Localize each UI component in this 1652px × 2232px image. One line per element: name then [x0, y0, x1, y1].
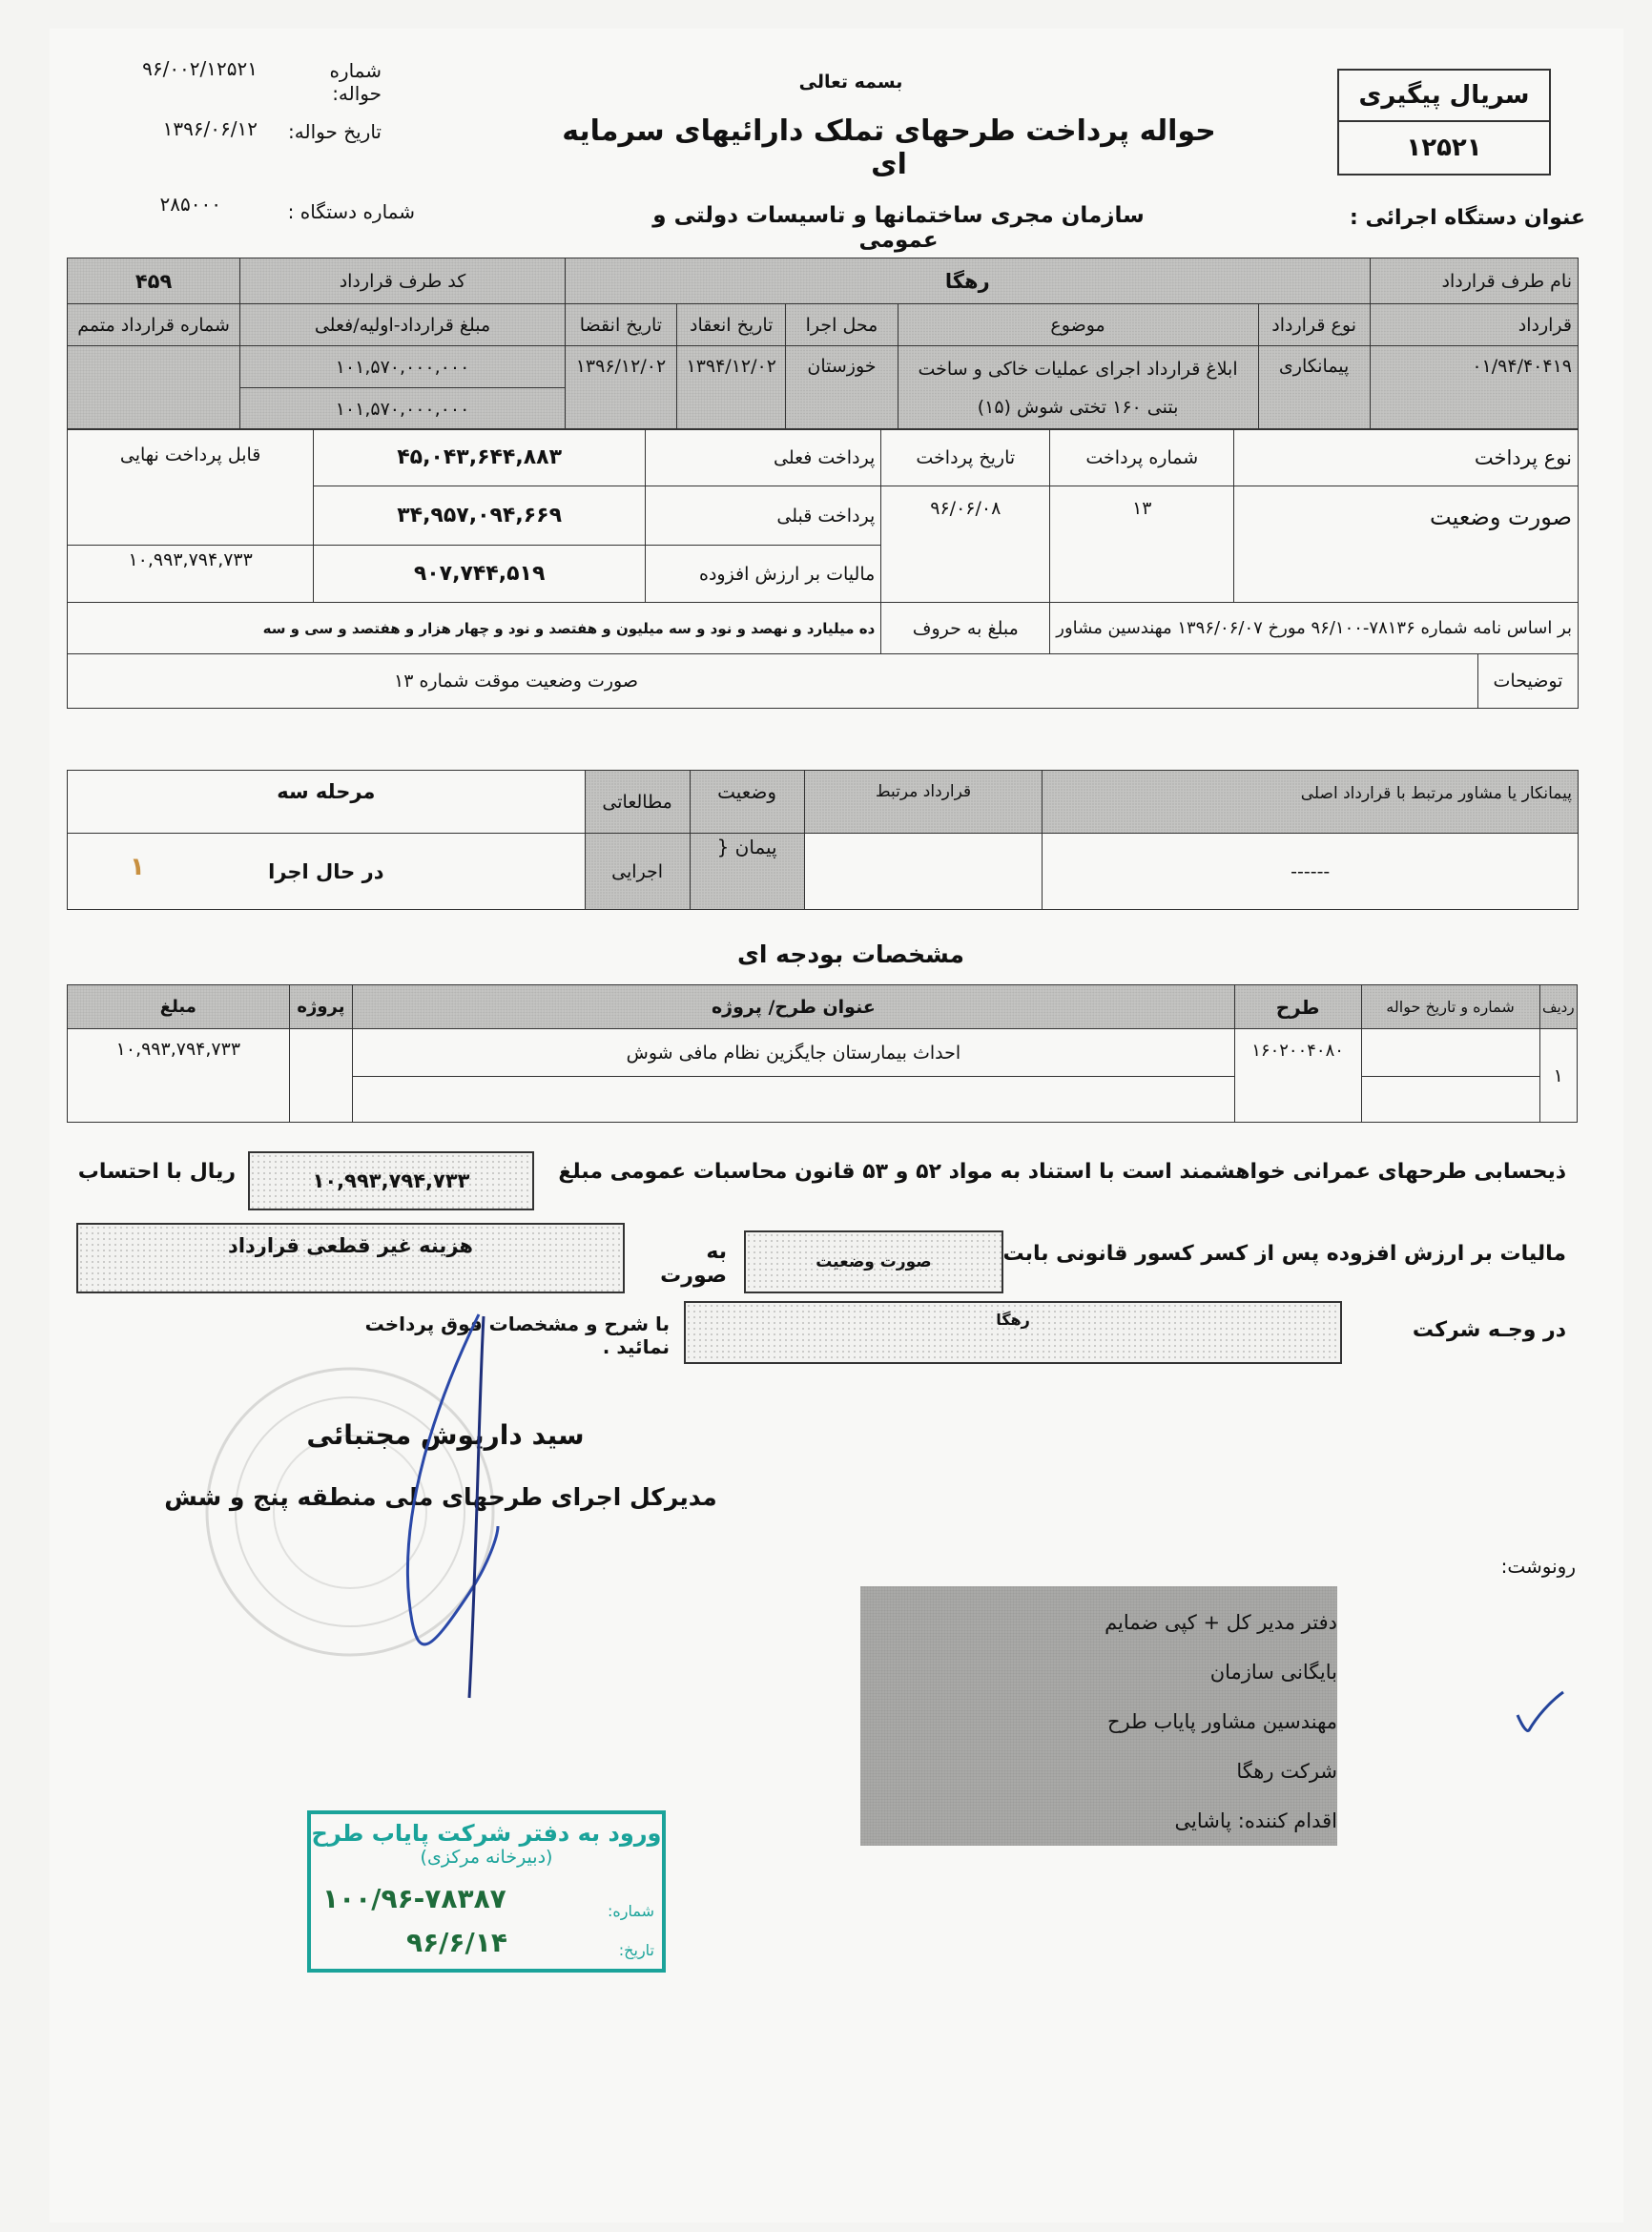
- execution-label: اجرایی: [585, 834, 690, 910]
- related-contractor-label: پیمانکار یا مشاور مرتبط با قرارداد اصلی: [1043, 771, 1579, 834]
- col-location: محل اجرا: [786, 304, 898, 346]
- description: صورت وضعیت موقت شماره ۱۳: [68, 654, 1477, 708]
- expiry-date: ۱۳۹۶/۱۲/۰۲: [565, 346, 676, 430]
- instruction-line1: ذیحسابی طرحهای عمرانی خواهشمند است با اس…: [546, 1160, 1566, 1184]
- col-plan-title: عنوان طرح/ پروژه: [353, 985, 1234, 1029]
- remittance-date-label: تاریخ حواله:: [286, 120, 382, 143]
- col-plan: طرح: [1234, 985, 1361, 1029]
- party-code-label: کد طرف قرارداد: [240, 258, 566, 304]
- agency-number: ۲۸۵۰۰۰: [107, 193, 221, 216]
- budget-title: مشخصات بودجه ای: [622, 940, 1080, 968]
- status-sub: پیمان {: [690, 834, 804, 910]
- related-contract: [804, 834, 1043, 910]
- party-name: رهگا: [565, 258, 1370, 304]
- cc-item: مهندسین مشاور پایاب طرح: [1099, 1697, 1337, 1746]
- col-remittance-no-date: شماره و تاریخ حواله: [1361, 985, 1539, 1029]
- contract-number: ۰۱/۹۴/۴۰۴۱۹: [1370, 346, 1578, 430]
- budget-row-number: ۱: [1539, 1029, 1577, 1123]
- final-payable-label: قابل پرداخت نهایی: [68, 429, 314, 546]
- serial-value: ۱۲۵۲۱: [1339, 122, 1549, 174]
- instruction-line1-suffix: ریال با احتساب: [59, 1160, 236, 1184]
- contract-subject: ابلاغ قرارداد اجرای عملیات خاکی و ساخت ب…: [898, 346, 1258, 430]
- col-project: پروژه: [289, 985, 352, 1029]
- stamp-number-label: شماره:: [608, 1902, 654, 1920]
- stamp-date: ۹۶/۶/۱۴: [406, 1927, 507, 1958]
- agency-title: سازمان مجری ساختمانها و تاسیسات دولتی و …: [622, 203, 1175, 253]
- payment-date-label: تاریخ پرداخت: [881, 429, 1050, 486]
- checkmark-icon: [1514, 1688, 1566, 1736]
- budget-project: [289, 1029, 352, 1123]
- remittance-date: ۱۳۹۶/۰۶/۱۲: [95, 117, 258, 140]
- cc-item: اقدام کننده: پاشایی: [1099, 1796, 1337, 1846]
- remittance-document: سریال پیگیری ۱۲۵۲۱ بسمه تعالی حواله پردا…: [50, 29, 1623, 2222]
- contract-table: نام طرف قرارداد رهگا کد طرف قرارداد ۴۵۹ …: [67, 258, 1579, 430]
- budget-row: ۱ ۱۶۰۲۰۰۴۰۸۰ احداث بیمارستان جایگزین نظا…: [68, 1029, 1578, 1077]
- previous-payment: ۳۴,۹۵۷,۰۹۴,۶۶۹: [314, 486, 646, 546]
- current-payment: ۴۵,۰۴۳,۶۴۴,۸۸۳: [314, 429, 646, 486]
- amount-initial: ۱۰۱,۵۷۰,۰۰۰,۰۰۰: [240, 346, 566, 388]
- instruction-amount-field: ۱۰,۹۹۳,۷۹۴,۷۳۳: [248, 1151, 534, 1210]
- contract-type: پیمانکاری: [1258, 346, 1370, 430]
- payment-type-label: نوع پرداخت: [1234, 429, 1579, 486]
- cc-item: دفتر مدیر کل + کپی ضمایم: [1099, 1598, 1337, 1647]
- amount-words: ده میلیارد و نهصد و نود و سه میلیون و هف…: [68, 603, 881, 654]
- col-expiry-date: تاریخ انقضا: [565, 304, 676, 346]
- final-payable: ۱۰,۹۹۳,۷۹۴,۷۳۳: [68, 546, 314, 603]
- vat-amount: ۹۰۷,۷۴۴,۵۱۹: [314, 546, 646, 603]
- stage-value: در حال اجرا: [268, 860, 383, 883]
- cc-list: دفتر مدیر کل + کپی ضمایم بایگانی سازمان …: [1099, 1598, 1337, 1846]
- serial-box: سریال پیگیری ۱۲۵۲۱: [1337, 69, 1551, 176]
- col-amount: مبلغ قرارداد-اولیه/فعلی: [240, 304, 566, 346]
- payment-date: ۹۶/۰۶/۰۸: [881, 486, 1050, 603]
- budget-plan-title: احداث بیمارستان جایگزین نظام مافی شوش: [353, 1029, 1234, 1077]
- cc-item: شرکت رهگا: [1099, 1746, 1337, 1796]
- payment-table: نوع پرداخت شماره پرداخت تاریخ پرداخت پرد…: [67, 428, 1579, 709]
- instruction-line2: مالیات بر ارزش افزوده پس از کسر کسور قان…: [994, 1242, 1566, 1266]
- amount-current: ۱۰۱,۵۷۰,۰۰۰,۰۰۰: [240, 388, 566, 430]
- remittance-number: ۹۶/۰۰۲/۱۲۵۲۱: [95, 57, 258, 80]
- vat-label: مالیات بر ارزش افزوده: [645, 546, 880, 603]
- col-subject: موضوع: [898, 304, 1258, 346]
- budget-table: ردیف شماره و تاریخ حواله طرح عنوان طرح/ …: [67, 984, 1578, 1123]
- cc-item: بایگانی سازمان: [1099, 1647, 1337, 1697]
- invocation: بسمه تعالی: [774, 72, 927, 93]
- payment-number: ۱۳: [1050, 486, 1234, 603]
- agency-number-label: شماره دستگاه :: [272, 200, 415, 223]
- stamp-date-label: تاریخ:: [619, 1941, 654, 1959]
- contract-location: خوزستان: [786, 346, 898, 430]
- instruction-line2-mid: به صورت: [641, 1240, 727, 1288]
- stamp-line1: ورود به دفتر شرکت پایاب طرح: [311, 1820, 662, 1847]
- stage-label: مرحله سه: [68, 771, 586, 834]
- supplement-number: [68, 346, 240, 430]
- previous-payment-label: پرداخت قبلی: [645, 486, 880, 546]
- status-table: پیمانکار یا مشاور مرتبط با قرارداد اصلی …: [67, 770, 1579, 910]
- payment-number-label: شماره پرداخت: [1050, 429, 1234, 486]
- serial-label: سریال پیگیری: [1339, 71, 1549, 122]
- budget-plan-code: ۱۶۰۲۰۰۴۰۸۰: [1234, 1029, 1361, 1123]
- stage-mark: ۱: [130, 853, 145, 881]
- stamp-number: ۱۰۰/۹۶-۷۸۳۸۷: [322, 1883, 506, 1914]
- related-contractor: ------: [1043, 834, 1579, 910]
- payment-type: صورت وضعیت: [1234, 486, 1579, 603]
- company-field: رهگا: [684, 1301, 1342, 1364]
- col-contract: قرارداد: [1370, 304, 1578, 346]
- description-label: توضیحات: [1477, 654, 1578, 708]
- amount-words-label: مبلغ به حروف: [881, 603, 1050, 654]
- instruction-line3: در وجـه شرکت: [1356, 1318, 1566, 1342]
- status-label: وضعیت: [690, 771, 804, 834]
- current-payment-label: پرداخت فعلی: [645, 429, 880, 486]
- col-supplement: شماره قرارداد متمم: [68, 304, 240, 346]
- col-amount: مبلغ: [68, 985, 290, 1029]
- received-stamp: ورود به دفتر شرکت پایاب طرح (دبیرخانه مر…: [307, 1810, 666, 1973]
- col-conclusion-date: تاریخ انعقاد: [677, 304, 786, 346]
- party-name-label: نام طرف قرارداد: [1370, 258, 1578, 304]
- agency-title-label: عنوان دستگاه اجرائی :: [1318, 206, 1585, 230]
- col-row: ردیف: [1539, 985, 1577, 1029]
- budget-remittance: [1361, 1029, 1539, 1077]
- basis-text: بر اساس نامه شماره ۷۸۱۳۶-۹۶/۱۰۰ مورخ ۱۳۹…: [1050, 603, 1579, 654]
- payment-for-field: صورت وضعیت: [744, 1230, 1003, 1293]
- stamp-line2: (دبیرخانه مرکزی): [311, 1847, 662, 1868]
- party-code: ۴۵۹: [68, 258, 240, 304]
- payment-type-field: هزینه غیر قطعی قرارداد: [76, 1223, 625, 1293]
- conclusion-date: ۱۳۹۴/۱۲/۰۲: [677, 346, 786, 430]
- signature-icon: [336, 1307, 565, 1707]
- related-contract-label: قرارداد مرتبط: [804, 771, 1043, 834]
- budget-amount: ۱۰,۹۹۳,۷۹۴,۷۳۳: [68, 1029, 290, 1123]
- page-title: حواله پرداخت طرحهای تملک دارائیهای سرمای…: [555, 114, 1223, 181]
- col-contract-type: نوع قرارداد: [1258, 304, 1370, 346]
- remittance-number-label: شماره حواله:: [286, 59, 382, 105]
- study-label: مطالعاتی: [585, 771, 690, 834]
- cc-label: رونوشت:: [1366, 1555, 1576, 1578]
